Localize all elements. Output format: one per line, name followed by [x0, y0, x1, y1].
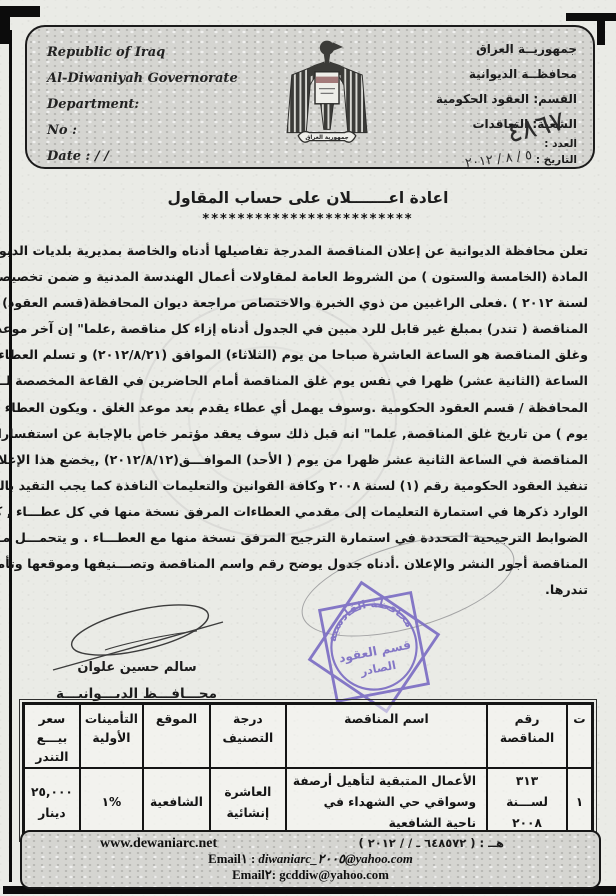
- announcement-body: تعلن محافظة الديوانية عن إعلان المناقصة …: [28, 238, 588, 603]
- title-separator: ************************: [0, 212, 616, 227]
- col-header-tender-price: سعر بيـــع التندر: [24, 704, 80, 769]
- col-header-location: الموقع: [143, 704, 210, 769]
- website-text: www.dewaniarc.net: [100, 836, 217, 852]
- english-line-republic: Republic of Iraq: [47, 40, 265, 66]
- english-line-governorate: Al-Diwaniyah Governorate: [47, 66, 265, 92]
- doc-date-handwritten: ٥ / ٨ / ٢٠١٢: [464, 148, 533, 171]
- body-line: لسنة ٢٠١٢ ) .فعلى الراغبين من ذوي الخبرة…: [28, 290, 588, 316]
- tender-table-header-row: ت رقم المناقصة اسم المناقصة درجة التصنيف…: [24, 704, 593, 769]
- body-line: المناقصة أجور النشر والإعلان .أدناه جدول…: [28, 551, 588, 577]
- email1-label: Email١ :: [208, 852, 258, 866]
- signatory-name: سالم حسين علوان: [52, 660, 222, 675]
- tender-table-row: ١ ٣١٣ لســـنة ٢٠٠٨ الأعمال المتبقية لتأه…: [24, 768, 593, 838]
- body-line: وغلق المناقصة هو الساعة العاشرة صباحا من…: [28, 342, 588, 368]
- arabic-line-republic: جمهوريــة العراق: [389, 37, 577, 62]
- cell-classification: العاشرة إنشائية: [210, 768, 286, 838]
- scanned-document-page: Republic of Iraq Al-Diwaniyah Governorat…: [0, 0, 616, 896]
- body-line: الساعة (الثانية عشر) ظهرا في نفس يوم غلق…: [28, 368, 588, 394]
- body-line: المناقصة في الساعة الثانية عشر ظهرا من ي…: [28, 447, 588, 473]
- body-line: تنفيذ العقود الحكومية رقم (١) لسنة ٢٠٠٨ …: [28, 473, 588, 499]
- stamp-line2-text: الصادر: [358, 658, 397, 679]
- footer-contact-box: www.dewaniarc.net هــ : ( ٦٤٨٥٧٢ ـ / / ٢…: [20, 830, 601, 889]
- scan-corner-top-right-v: [597, 13, 605, 45]
- body-line: المادة (الخامسة والستون ) من الشروط العا…: [28, 264, 588, 290]
- letterhead-arabic: جمهوريــة العراق محافظــة الديوانية القس…: [389, 27, 593, 167]
- tender-table: ت رقم المناقصة اسم المناقصة درجة التصنيف…: [22, 702, 594, 839]
- doc-date-label: التاريخ :: [536, 154, 577, 166]
- body-line: الضوابط الترجيحية المحددة في استمارة الت…: [28, 525, 588, 551]
- cell-seq: ١: [567, 768, 593, 838]
- email1-line: Email١ : diwaniarc_٢٠٠٥@yahoo.com: [22, 852, 599, 867]
- arabic-line-governorate: محافظــة الديوانية: [389, 62, 577, 87]
- body-line: يوم ) من تاريخ غلق المناقصة, علما" انه ق…: [28, 421, 588, 447]
- letterhead-english: Republic of Iraq Al-Diwaniyah Governorat…: [27, 27, 265, 167]
- body-line: المناقصة ( تندر) بمبلغ غير قابل للرد مبي…: [28, 316, 588, 342]
- signatory-title: محـــافـــظ الديـــوانيـــة: [34, 686, 239, 702]
- emblem-scroll-text: جمهورية العراق: [305, 135, 348, 141]
- scan-corner-top-right-h: [566, 13, 616, 21]
- body-line: تعلن محافظة الديوانية عن إعلان المناقصة …: [28, 238, 588, 264]
- col-header-tender-name: اسم المناقصة: [286, 704, 487, 769]
- cell-location: الشافعية: [143, 768, 210, 838]
- col-header-deposits: التأمينات الأولية: [80, 704, 143, 769]
- email2-value: gcddiw@yahoo.com: [279, 868, 389, 882]
- cell-tender-number: ٣١٣ لســـنة ٢٠٠٨: [487, 768, 567, 838]
- document-title: اعادة اعـــــــلان على حساب المقاول: [0, 189, 616, 207]
- svg-text:محافظة القادسية: محافظة القادسية: [318, 588, 418, 645]
- body-line: المحافظة / قسم العقود الحكومية .وسوف يهم…: [28, 395, 588, 421]
- col-header-classification: درجة التصنيف: [210, 704, 286, 769]
- email2-label: Email٢:: [232, 868, 279, 882]
- english-line-date: Date : / /: [47, 144, 265, 170]
- stamp-arc-text: محافظة القادسية: [318, 588, 418, 645]
- phone-text: هــ : ( ٦٤٨٥٧٢ ـ / / ٢٠١٢ ): [358, 836, 504, 850]
- letterhead-box: Republic of Iraq Al-Diwaniyah Governorat…: [25, 25, 595, 169]
- cell-tender-price: ٢٥,٠٠٠ دينار: [24, 768, 80, 838]
- english-line-department: Department:: [47, 92, 265, 118]
- english-line-no: No :: [47, 118, 265, 144]
- col-header-seq: ت: [567, 704, 593, 769]
- email2-line: Email٢: gcddiw@yahoo.com: [22, 868, 599, 883]
- cell-deposits: %١: [80, 768, 143, 838]
- cell-tender-name: الأعمال المتبقية لتأهيل أرصفة وسواقي حي …: [286, 768, 487, 838]
- doc-date-line: التاريخ : ٥ / ٨ / ٢٠١٢: [389, 152, 577, 168]
- body-line: الوارد ذكرها في استمارة التعليمات إلى مق…: [28, 499, 588, 525]
- email1-value: diwaniarc_٢٠٠٥@yahoo.com: [258, 852, 412, 866]
- col-header-tender-number: رقم المناقصة: [487, 704, 567, 769]
- iraq-eagle-emblem-icon: جمهورية العراق: [279, 34, 375, 156]
